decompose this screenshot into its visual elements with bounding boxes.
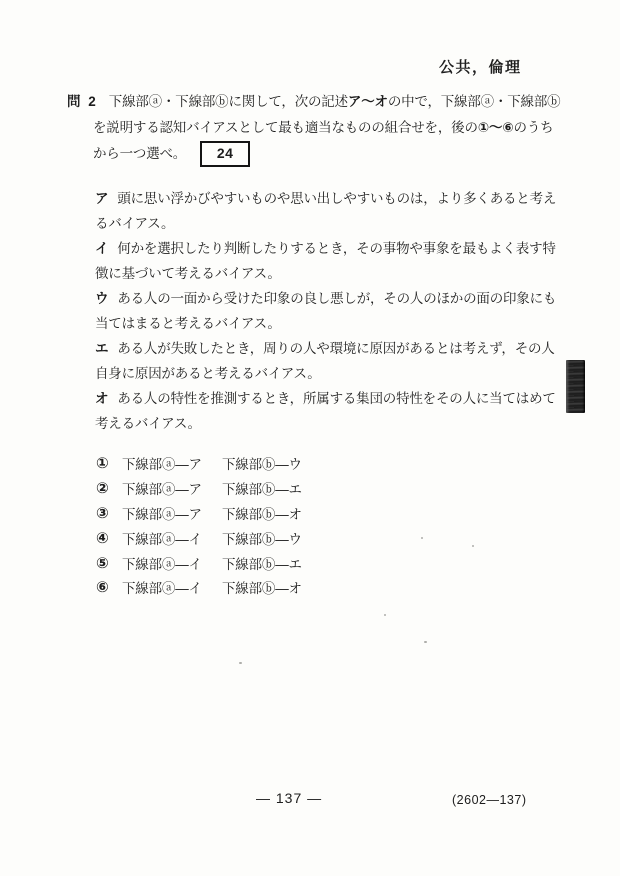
option-pair-a: 下線部ⓐ—ア: [122, 503, 222, 523]
options-list: ① 下線部ⓐ—ア 下線部ⓑ—ウ ② 下線部ⓐ—ア 下線部ⓑ—エ ③ 下線部ⓐ—ア…: [96, 451, 302, 600]
statement-text: 何かを選択したり判断したりするとき，その事物や事象を最もよく表す特: [117, 241, 555, 256]
scan-speck: [472, 545, 474, 547]
option-item-1: ① 下線部ⓐ—ア 下線部ⓑ—ウ: [96, 451, 302, 476]
scan-speck: [424, 641, 427, 643]
question-text: から一つ選べ。: [93, 141, 186, 167]
scan-speck: [239, 662, 242, 664]
statement-text: 自身に原因があると考えるバイアス。: [95, 361, 560, 386]
statement-item: エある人が失敗したとき，周りの人や環境に原因があるとは考えず，その人 自身に原因…: [95, 336, 560, 386]
scan-speck: [384, 614, 386, 616]
statement-list: ア頭に思い浮かびやすいものや思い出しやすいものは，より多くあると考え るバイアス…: [95, 186, 560, 436]
option-pair-b: 下線部ⓑ—ウ: [222, 453, 302, 473]
page-number: — 137 —: [256, 790, 322, 806]
question-block: 問 2下線部ⓐ・下線部ⓑに関して，次の記述ア～オの中で，下線部ⓐ・下線部ⓑ を説…: [67, 89, 567, 167]
option-pair-a: 下線部ⓐ—ア: [122, 453, 222, 473]
option-pair-a: 下線部ⓐ—イ: [122, 577, 222, 597]
option-number: ③: [96, 504, 112, 522]
question-line-3: から一つ選べ。 24: [67, 140, 567, 167]
statement-marker: エ: [95, 341, 108, 356]
question-ref-1-6: ①～⑥: [478, 120, 514, 135]
option-pair-a: 下線部ⓐ—イ: [122, 553, 222, 573]
statement-text: 頭に思い浮かびやすいものや思い出しやすいものは，より多くあると考え: [117, 191, 556, 206]
option-pair-b: 下線部ⓑ—ウ: [222, 528, 302, 548]
statement-text: ある人の特性を推測するとき，所属する集団の特性をその人に当てはめて: [117, 391, 555, 406]
option-number: ④: [96, 529, 112, 547]
statement-text: ある人の一面から受けた印象の良し悪しが，その人のほかの面の印象にも: [117, 291, 556, 306]
option-item-5: ⑤ 下線部ⓐ—イ 下線部ⓑ—エ: [96, 550, 302, 575]
question-label: 問 2: [67, 94, 98, 109]
option-item-3: ③ 下線部ⓐ—ア 下線部ⓑ—オ: [96, 501, 302, 526]
option-number: ①: [96, 454, 112, 472]
question-text: 下線部ⓐ・下線部ⓑに関して，次の記述: [109, 94, 348, 109]
option-pair-b: 下線部ⓑ—オ: [222, 503, 302, 523]
statement-text: 当てはまると考えるバイアス。: [95, 311, 560, 336]
question-line-1: 問 2下線部ⓐ・下線部ⓑに関して，次の記述ア～オの中で，下線部ⓐ・下線部ⓑ: [67, 89, 567, 115]
statement-marker: ア: [95, 191, 108, 206]
option-pair-b: 下線部ⓑ—エ: [222, 553, 302, 573]
binding-mark: [566, 360, 585, 413]
statement-marker: オ: [95, 391, 108, 406]
option-number: ②: [96, 479, 112, 497]
statement-text: 徴に基づいて考えるバイアス。: [95, 261, 560, 286]
subject-header: 公共，倫理: [439, 56, 522, 77]
statement-text: 考えるバイアス。: [95, 411, 560, 436]
scan-speck: [421, 537, 423, 539]
print-code: (2602—137): [452, 793, 527, 807]
option-pair-b: 下線部ⓑ—エ: [222, 478, 302, 498]
statement-item: ア頭に思い浮かびやすいものや思い出しやすいものは，より多くあると考え るバイアス…: [95, 186, 560, 236]
option-number: ⑤: [96, 554, 112, 572]
question-text: を説明する認知バイアスとして最も適当なものの組合せを，後の: [93, 120, 478, 135]
option-item-6: ⑥ 下線部ⓐ—イ 下線部ⓑ—オ: [96, 575, 302, 600]
option-item-4: ④ 下線部ⓐ—イ 下線部ⓑ—ウ: [96, 525, 302, 550]
option-number: ⑥: [96, 578, 112, 596]
question-text: の中で，下線部ⓐ・下線部ⓑ: [388, 94, 561, 109]
exam-page: 公共，倫理 問 2下線部ⓐ・下線部ⓑに関して，次の記述ア～オの中で，下線部ⓐ・下…: [0, 0, 620, 876]
statement-item: イ何かを選択したり判断したりするとき，その事物や事象を最もよく表す特 徴に基づい…: [95, 236, 560, 286]
option-pair-a: 下線部ⓐ—ア: [122, 478, 222, 498]
option-pair-a: 下線部ⓐ—イ: [122, 528, 222, 548]
statement-item: オある人の特性を推測するとき，所属する集団の特性をその人に当てはめて 考えるバイ…: [95, 386, 560, 436]
statement-marker: イ: [95, 241, 108, 256]
statement-text: ある人が失敗したとき，周りの人や環境に原因があるとは考えず，その人: [117, 341, 554, 356]
question-ref-a-o: ア～オ: [348, 94, 388, 109]
answer-number-box: 24: [200, 141, 250, 167]
option-item-2: ② 下線部ⓐ—ア 下線部ⓑ—エ: [96, 476, 302, 501]
option-pair-b: 下線部ⓑ—オ: [222, 577, 302, 597]
statement-text: るバイアス。: [95, 211, 560, 236]
question-text: のうち: [514, 120, 554, 135]
question-line-2: を説明する認知バイアスとして最も適当なものの組合せを，後の①～⑥のうち: [67, 115, 567, 141]
statement-marker: ウ: [95, 291, 108, 306]
statement-item: ウある人の一面から受けた印象の良し悪しが，その人のほかの面の印象にも 当てはまる…: [95, 286, 560, 336]
